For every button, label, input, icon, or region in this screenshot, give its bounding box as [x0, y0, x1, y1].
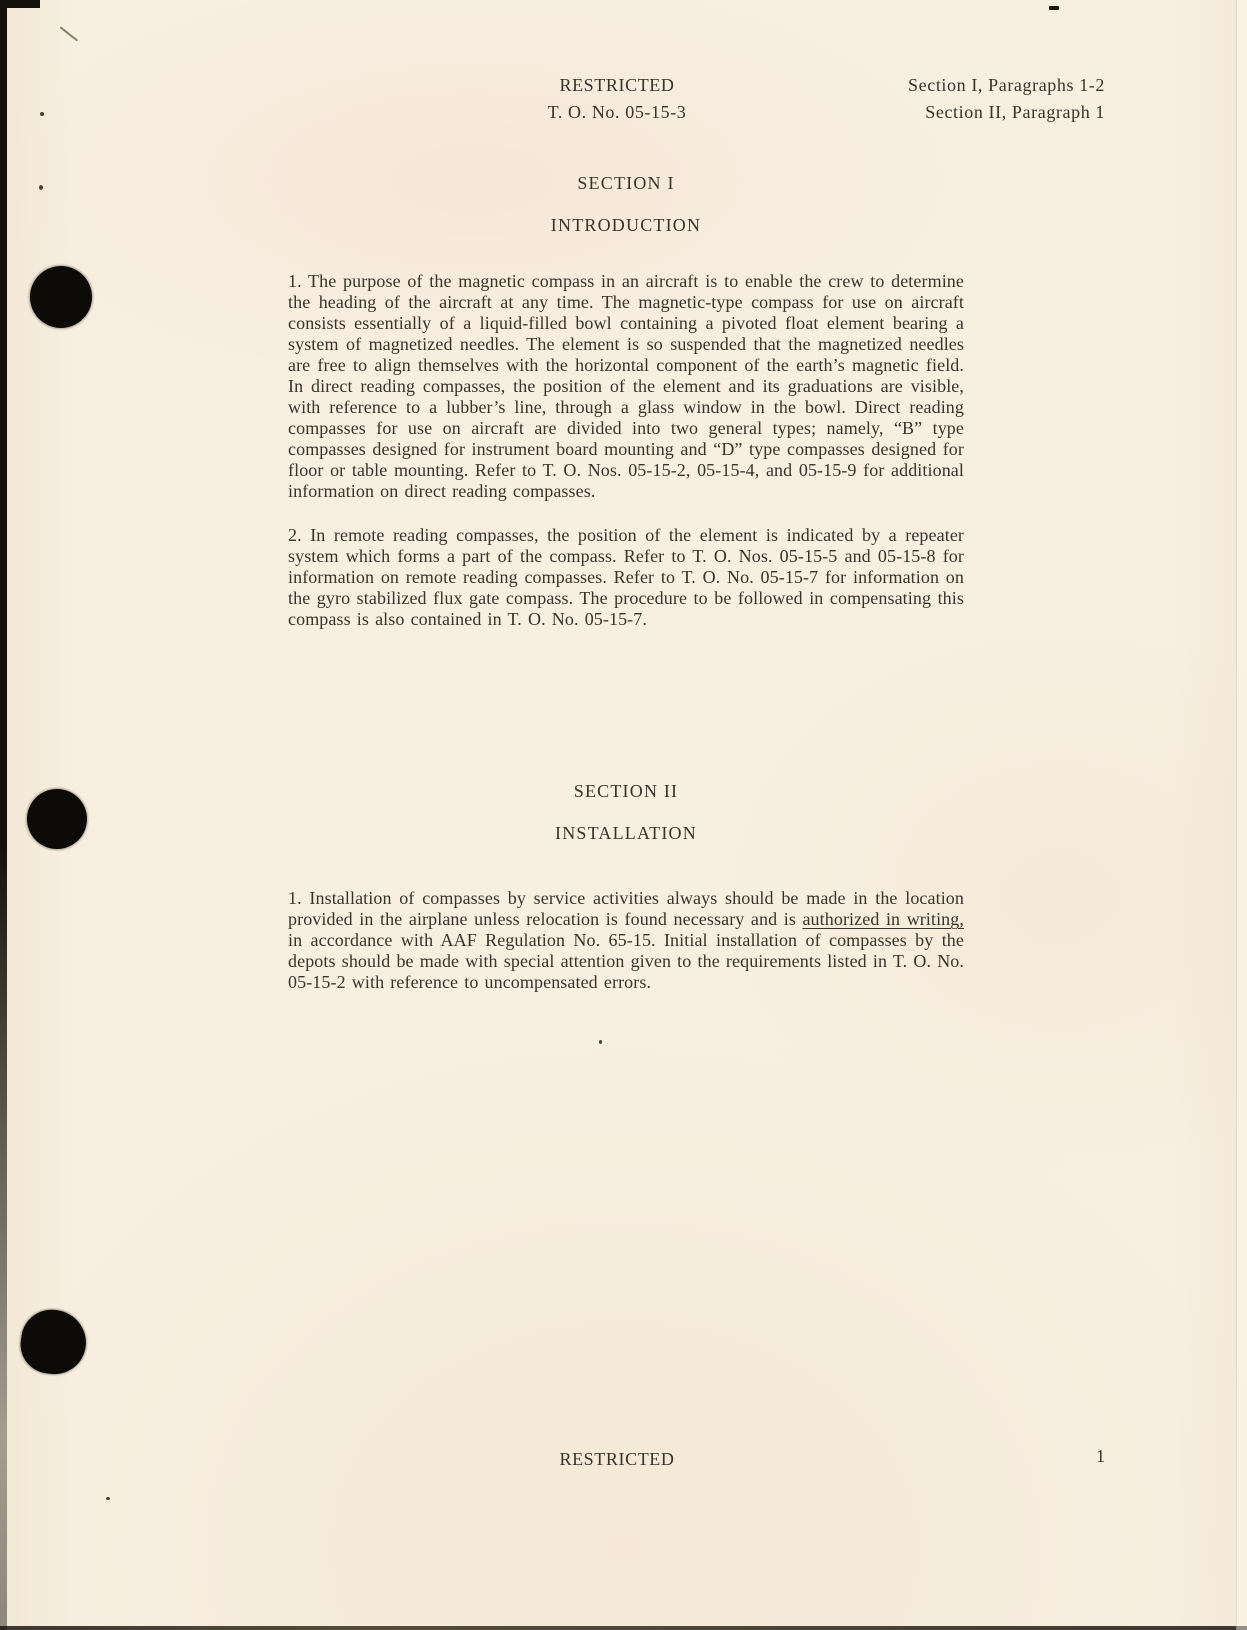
hole-punch-middle	[27, 789, 87, 849]
technical-order-number: T. O. No. 05-15-3	[467, 99, 767, 126]
scan-scratch-mark	[60, 26, 78, 41]
page-number: 1	[1096, 1446, 1105, 1467]
section-1-heading: SECTION I	[288, 173, 964, 194]
header-right-block: Section I, Paragraphs 1-2 Section II, Pa…	[908, 72, 1105, 126]
section-2-paragraph-1: 1. Installation of compasses by service …	[288, 888, 964, 993]
scan-speck	[39, 185, 43, 190]
page-edge-right	[1236, 0, 1247, 1630]
hole-punch-bottom	[17, 1306, 90, 1378]
scan-edge-top	[0, 0, 40, 8]
header-center-block: RESTRICTED T. O. No. 05-15-3	[467, 72, 767, 126]
footer-center-block: RESTRICTED	[467, 1446, 767, 1473]
scan-speck	[40, 112, 44, 116]
scan-edge-bottom	[0, 1626, 1247, 1630]
section-1-paragraph-2: 2. In remote reading compasses, the posi…	[288, 525, 964, 630]
hole-punch-top	[30, 266, 92, 328]
underlined-phrase: authorized in writing,	[802, 909, 964, 929]
document-page: RESTRICTED T. O. No. 05-15-3 Section I, …	[0, 0, 1247, 1630]
section-1-body: 1. The purpose of the magnetic compass i…	[288, 271, 964, 653]
scan-speck	[599, 1040, 602, 1044]
section-1-subheading: INTRODUCTION	[288, 215, 964, 236]
classification-footer: RESTRICTED	[467, 1446, 767, 1473]
section-2-body: 1. Installation of compasses by service …	[288, 888, 964, 993]
scan-speck	[1049, 6, 1059, 10]
section-2-subheading: INSTALLATION	[288, 823, 964, 844]
header-section-ref-1: Section I, Paragraphs 1-2	[908, 72, 1105, 99]
section-2-heading: SECTION II	[288, 781, 964, 802]
header-section-ref-2: Section II, Paragraph 1	[908, 99, 1105, 126]
paragraph-text: in accordance with AAF Regulation No. 65…	[288, 930, 964, 992]
classification-header: RESTRICTED	[467, 72, 767, 99]
section-1-paragraph-1: 1. The purpose of the magnetic compass i…	[288, 271, 964, 502]
scan-speck	[106, 1497, 110, 1500]
binding-edge-left	[0, 0, 7, 1630]
